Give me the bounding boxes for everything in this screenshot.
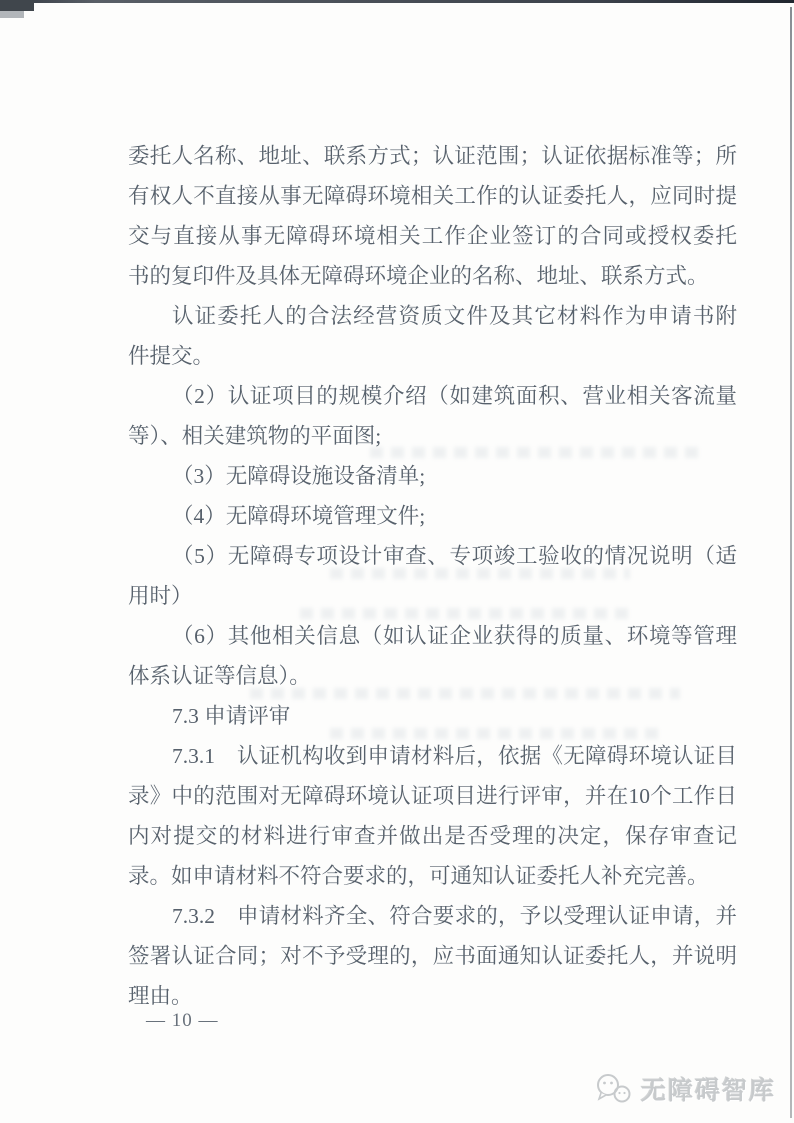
text-line: （3）无障碍设施设备清单; <box>128 456 737 496</box>
text-line: （4）无障碍环境管理文件; <box>128 496 737 536</box>
scan-corner-artifact-light <box>0 11 24 18</box>
text-line: 书的复印件及具体无障碍环境企业的名称、地址、联系方式。 <box>128 256 737 296</box>
scan-top-edge-artifact <box>0 0 794 3</box>
text-line: 件提交。 <box>128 336 737 376</box>
text-line: 录》中的范围对无障碍环境认证项目进行评审，并在10个工作日 <box>128 776 737 816</box>
text-line: 认证委托人的合法经营资质文件及其它材料作为申请书附 <box>128 296 737 336</box>
text-line: （2）认证项目的规模介绍（如建筑面积、营业相关客流量 <box>128 376 737 416</box>
text-line: 等）、相关建筑物的平面图; <box>128 416 737 456</box>
scan-corner-artifact <box>0 0 34 11</box>
text-line: 签署认证合同；对不予受理的，应书面通知认证委托人，并说明 <box>128 936 737 976</box>
document-page: 委托人名称、地址、联系方式；认证范围；认证依据标准等；所 有权人不直接从事无障碍… <box>0 0 794 1123</box>
text-line: 用时） <box>128 576 737 616</box>
text-line: 体系认证等信息）。 <box>128 656 737 696</box>
text-line: 有权人不直接从事无障碍环境相关工作的认证委托人，应同时提 <box>128 176 737 216</box>
text-line: （6）其他相关信息（如认证企业获得的质量、环境等管理 <box>128 616 737 656</box>
watermark-label: 无障碍智库 <box>641 1071 776 1107</box>
text-line: 委托人名称、地址、联系方式；认证范围；认证依据标准等；所 <box>128 136 737 176</box>
section-heading-7-3: 7.3 申请评审 <box>128 696 737 736</box>
text-line: （5）无障碍专项设计审查、专项竣工验收的情况说明（适 <box>128 536 737 576</box>
document-text-block: 委托人名称、地址、联系方式；认证范围；认证依据标准等；所 有权人不直接从事无障碍… <box>128 136 737 1016</box>
scan-right-edge-shadow <box>790 7 792 1118</box>
page-number: — 10 — <box>146 1010 219 1032</box>
text-line: 录。如申请材料不符合要求的，可通知认证委托人补充完善。 <box>128 856 737 896</box>
text-line: 交与直接从事无障碍环境相关工作企业签订的合同或授权委托 <box>128 216 737 256</box>
watermark: 无障碍智库 <box>594 1071 776 1107</box>
chat-bubbles-icon <box>594 1072 634 1106</box>
text-line: 内对提交的材料进行审查并做出是否受理的决定，保存审查记 <box>128 816 737 856</box>
text-line: 7.3.1 认证机构收到申请材料后，依据《无障碍环境认证目 <box>128 736 737 776</box>
text-line: 理由。 <box>128 976 737 1016</box>
text-line: 7.3.2 申请材料齐全、符合要求的，予以受理认证申请，并 <box>128 896 737 936</box>
